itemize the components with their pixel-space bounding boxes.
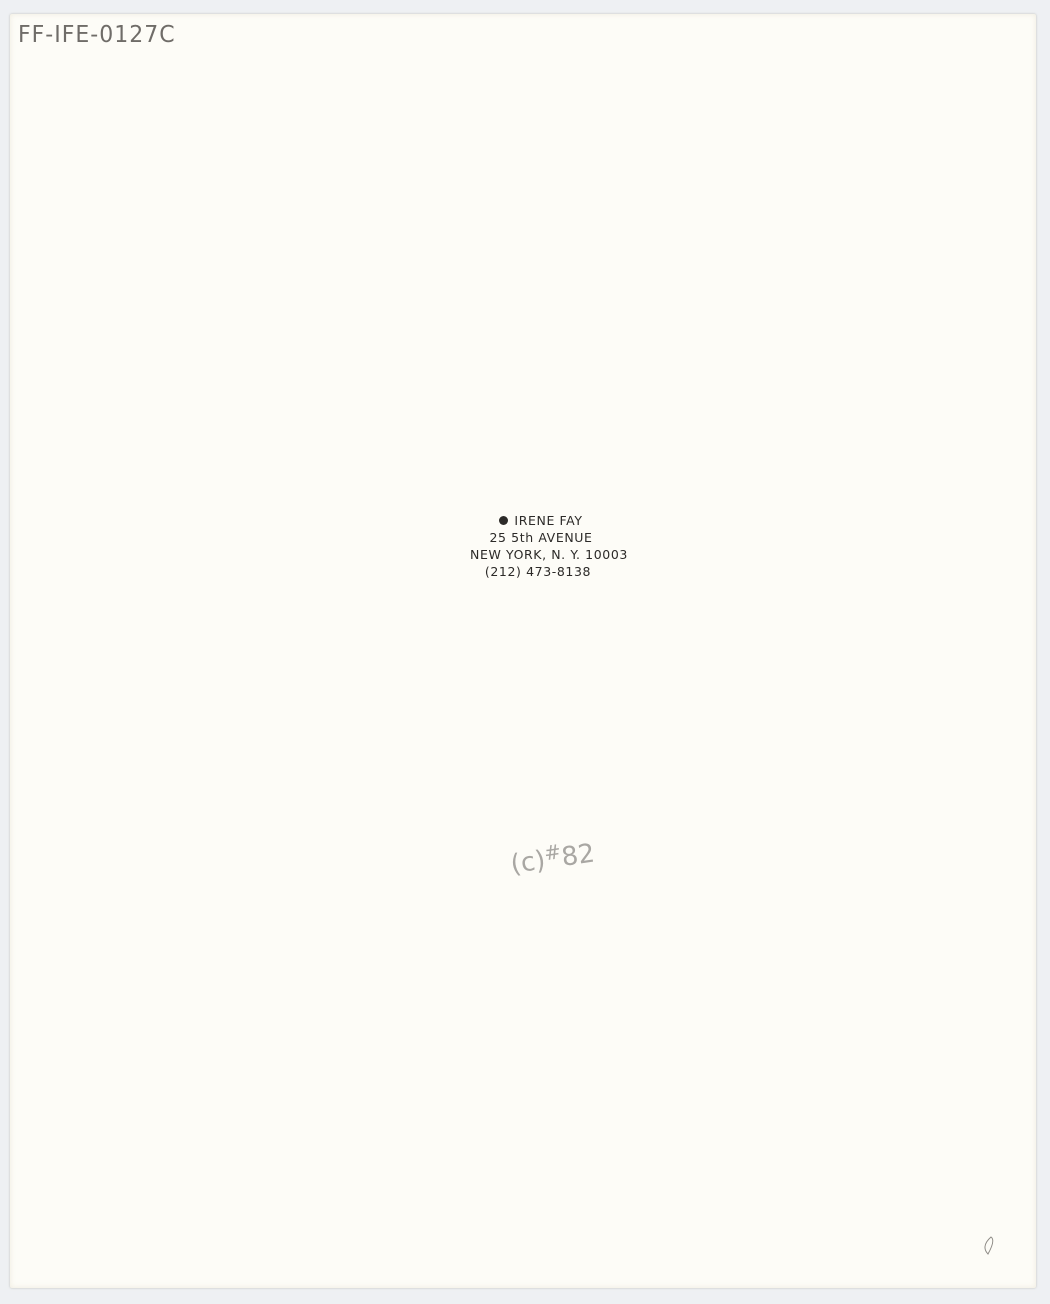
stamp-name-line: IRENE FAY — [46, 512, 1036, 529]
pencil-copyright-note: (c)#82 — [508, 835, 596, 880]
photo-back-paper: FF-IFE-0127C IRENE FAY 25 5th AVENUE NEW… — [10, 14, 1036, 1288]
stamp-street: 25 5th AVENUE — [46, 529, 1036, 546]
stamp-city: NEW YORK, N. Y. 10003 — [62, 546, 1036, 563]
stamp-name: IRENE FAY — [514, 513, 582, 528]
note-prefix: (c) — [509, 845, 547, 880]
photographer-stamp: IRENE FAY 25 5th AVENUE NEW YORK, N. Y. … — [10, 512, 1036, 580]
stamp-phone: (212) 473-8138 — [40, 563, 1036, 580]
pencil-archive-code: FF-IFE-0127C — [18, 22, 176, 48]
copyright-icon — [499, 516, 508, 525]
note-number: 82 — [560, 839, 597, 873]
diamond-mark-icon — [982, 1236, 996, 1256]
